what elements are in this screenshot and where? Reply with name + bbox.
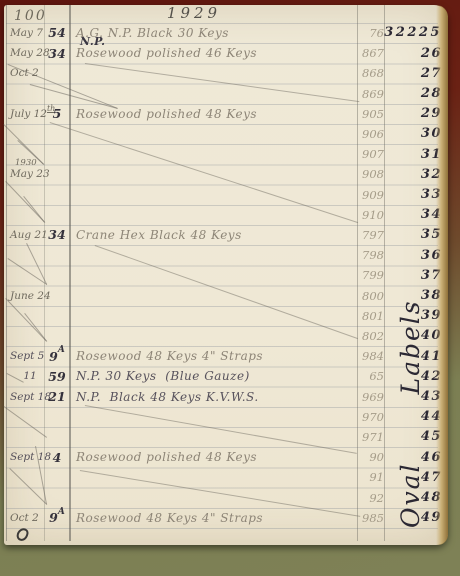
quantity-text: 4 <box>53 450 62 465</box>
serial-text: 970 <box>362 410 384 424</box>
description-cell <box>72 427 360 447</box>
serial-text: 868 <box>362 66 384 80</box>
serial-cell: 801 <box>338 306 386 326</box>
quantity-cell <box>44 185 70 205</box>
quantity-cell <box>44 306 70 326</box>
quantity-cell: 34 <box>44 225 70 245</box>
description-cell: Rosewood 48 Keys 4" Straps <box>72 508 360 528</box>
serial-text: 985 <box>362 511 384 525</box>
description-cell: Rosewood 48 Keys 4" Straps <box>72 346 360 366</box>
serial-text: 910 <box>362 208 384 222</box>
quantity-text: 9 <box>49 510 58 525</box>
ledger-row: 906 30 <box>4 124 448 144</box>
serial-cell: 985 <box>338 508 386 528</box>
serial-cell: 868 <box>338 63 386 83</box>
description-cell: N.P. Rosewood polished 46 Keys <box>72 43 360 63</box>
ledger-row: May 7 54 A.G. N.P. Black 30 Keys 76 3222… <box>4 23 448 43</box>
serial-cell: 92 <box>338 488 386 508</box>
description-text: N.P. Black 48 Keys K.V.W.S. <box>76 390 259 404</box>
serial-cell: 800 <box>338 286 386 306</box>
quantity-cell <box>44 265 70 285</box>
serial-text: 798 <box>362 248 384 262</box>
book-page-edge <box>436 5 448 545</box>
description-cell <box>72 326 360 346</box>
serial-text: 90 <box>369 450 384 464</box>
ledger-row: 91 47 <box>4 467 448 487</box>
date-text: Aug 21 <box>10 229 48 241</box>
description-insert: N.P. <box>80 35 105 48</box>
description-cell: N.P. 30 Keys (Blue Gauze) <box>72 366 360 386</box>
quantity-cell: 4 <box>44 447 70 467</box>
ledger-page: 100 1929 May 7 54 A.G. N.P. Black 30 Key… <box>4 5 448 545</box>
date-text: Oct 2 <box>10 67 39 79</box>
quantity-cell: 9 A <box>44 508 70 528</box>
quantity-cell: 9 A <box>44 346 70 366</box>
serial-cell: 970 <box>338 407 386 427</box>
serial-text: 908 <box>362 167 384 181</box>
quantity-suffix: A <box>58 345 65 355</box>
quantity-text: 34 <box>48 227 65 242</box>
serial-cell: 798 <box>338 245 386 265</box>
serial-text: 76 <box>369 26 384 40</box>
serial-text: 907 <box>362 147 384 161</box>
ledger-row: July 12 th 5 Rosewood polished 48 Keys 9… <box>4 104 448 124</box>
serial-text: 92 <box>369 491 384 505</box>
date-text: May 7 <box>10 27 43 39</box>
serial-text: 797 <box>362 228 384 242</box>
serial-cell: 969 <box>338 387 386 407</box>
description-cell: Rosewood polished 48 Keys <box>72 447 360 467</box>
quantity-text: 34 <box>48 46 65 61</box>
quantity-text: 59 <box>48 369 65 384</box>
quantity-cell <box>44 326 70 346</box>
ledger-row: 970 44 <box>4 407 448 427</box>
serial-cell: 76 <box>338 23 386 43</box>
scanned-ledger-photo: 100 1929 May 7 54 A.G. N.P. Black 30 Key… <box>0 0 460 576</box>
serial-text: 802 <box>362 329 384 343</box>
serial-cell: 799 <box>338 265 386 285</box>
ledger-row: 801 39 <box>4 306 448 326</box>
serial-text: 969 <box>362 390 384 404</box>
quantity-cell <box>44 467 70 487</box>
serial-cell: 867 <box>338 43 386 63</box>
quantity-cell: 59 <box>44 366 70 386</box>
serial-text: 905 <box>362 107 384 121</box>
serial-cell: 910 <box>338 205 386 225</box>
serial-cell: 91 <box>338 467 386 487</box>
ledger-row: 802 40 <box>4 326 448 346</box>
ledger-row: 11 59 N.P. 30 Keys (Blue Gauze) 65 42 <box>4 366 448 386</box>
quantity-cell <box>44 144 70 164</box>
serial-text: 65 <box>369 369 384 383</box>
description-cell <box>72 164 360 184</box>
serial-cell: 907 <box>338 144 386 164</box>
quantity-text: 9 <box>49 349 58 364</box>
description-text: Rosewood polished 48 Keys <box>76 107 257 121</box>
serial-text: 91 <box>369 470 384 484</box>
quantity-cell <box>44 164 70 184</box>
quantity-cell <box>44 427 70 447</box>
description-cell <box>72 245 360 265</box>
description-text: Rosewood polished 46 Keys <box>76 46 257 60</box>
serial-text: 909 <box>362 188 384 202</box>
serial-text: 800 <box>362 289 384 303</box>
serial-cell: 909 <box>338 185 386 205</box>
quantity-cell: 54 <box>44 23 70 43</box>
description-cell <box>72 467 360 487</box>
ledger-row: 907 31 <box>4 144 448 164</box>
serial-text: 801 <box>362 309 384 323</box>
quantity-text: 5 <box>53 106 62 121</box>
description-cell: Crane Hex Black 48 Keys <box>72 225 360 245</box>
ledger-row: 869 28 <box>4 84 448 104</box>
description-text: N.P. 30 Keys (Blue Gauze) <box>76 369 250 383</box>
description-cell <box>72 488 360 508</box>
ledger-row: 909 33 <box>4 185 448 205</box>
serial-cell: 797 <box>338 225 386 245</box>
description-cell <box>72 265 360 285</box>
quantity-suffix: A <box>58 507 65 517</box>
check-number-text: 32225 <box>384 25 442 40</box>
serial-cell: 984 <box>338 346 386 366</box>
ledger-row: Sept 18 21 N.P. Black 48 Keys K.V.W.S. 9… <box>4 387 448 407</box>
date-text: Sept 5 <box>10 350 44 362</box>
serial-cell: 802 <box>338 326 386 346</box>
description-text: Rosewood 48 Keys 4" Straps <box>76 349 263 363</box>
description-cell: A.G. N.P. Black 30 Keys <box>72 23 360 43</box>
serial-text: 984 <box>362 349 384 363</box>
description-text: Crane Hex Black 48 Keys <box>76 228 242 242</box>
description-cell: N.P. Black 48 Keys K.V.W.S. <box>72 387 360 407</box>
quantity-cell: 21 <box>44 387 70 407</box>
margin-note-vertical: Oval Labels <box>396 128 430 528</box>
serial-cell: 869 <box>338 84 386 104</box>
description-cell <box>72 124 360 144</box>
ledger-row: Oct 2 9 A Rosewood 48 Keys 4" Straps 985… <box>4 508 448 528</box>
quantity-cell: 34 <box>44 43 70 63</box>
serial-text: 971 <box>362 430 384 444</box>
ledger-row: Oct 2 868 27 <box>4 63 448 83</box>
ledger-row: June 24 800 38 <box>4 286 448 306</box>
serial-cell: 906 <box>338 124 386 144</box>
ledger-rows: May 7 54 A.G. N.P. Black 30 Keys 76 3222… <box>4 5 448 545</box>
description-text: Rosewood polished 48 Keys <box>76 450 257 464</box>
ledger-row: 798 36 <box>4 245 448 265</box>
description-cell <box>72 84 360 104</box>
quantity-text: 21 <box>48 389 65 404</box>
quantity-cell: 5 <box>44 104 70 124</box>
ledger-row: May 28 34 N.P. Rosewood polished 46 Keys… <box>4 43 448 63</box>
ledger-row: Aug 21 34 Crane Hex Black 48 Keys 797 35 <box>4 225 448 245</box>
quantity-cell <box>44 205 70 225</box>
ledger-row: 799 37 <box>4 265 448 285</box>
serial-text: 906 <box>362 127 384 141</box>
ledger-row: 1930 May 23 908 32 <box>4 164 448 184</box>
description-text: Rosewood 48 Keys 4" Straps <box>76 511 263 525</box>
serial-cell: 905 <box>338 104 386 124</box>
ledger-row: 92 48 <box>4 488 448 508</box>
quantity-cell <box>44 407 70 427</box>
serial-cell: 971 <box>338 427 386 447</box>
ledger-row: 910 34 <box>4 205 448 225</box>
quantity-cell <box>44 286 70 306</box>
serial-text: 869 <box>362 87 384 101</box>
serial-cell: 908 <box>338 164 386 184</box>
date-text: July 12 <box>10 108 47 120</box>
date-year-note: 1930 <box>15 158 37 168</box>
quantity-text: 54 <box>48 25 65 40</box>
quantity-cell <box>44 488 70 508</box>
date-text: Oct 2 <box>10 512 39 524</box>
serial-cell: 65 <box>338 366 386 386</box>
ledger-row: Sept 18 4 Rosewood polished 48 Keys 90 4… <box>4 447 448 467</box>
ledger-row: Sept 5 9 A Rosewood 48 Keys 4" Straps 98… <box>4 346 448 366</box>
serial-text: 867 <box>362 46 384 60</box>
description-cell <box>72 185 360 205</box>
description-cell <box>72 144 360 164</box>
quantity-cell <box>44 245 70 265</box>
serial-text: 799 <box>362 268 384 282</box>
